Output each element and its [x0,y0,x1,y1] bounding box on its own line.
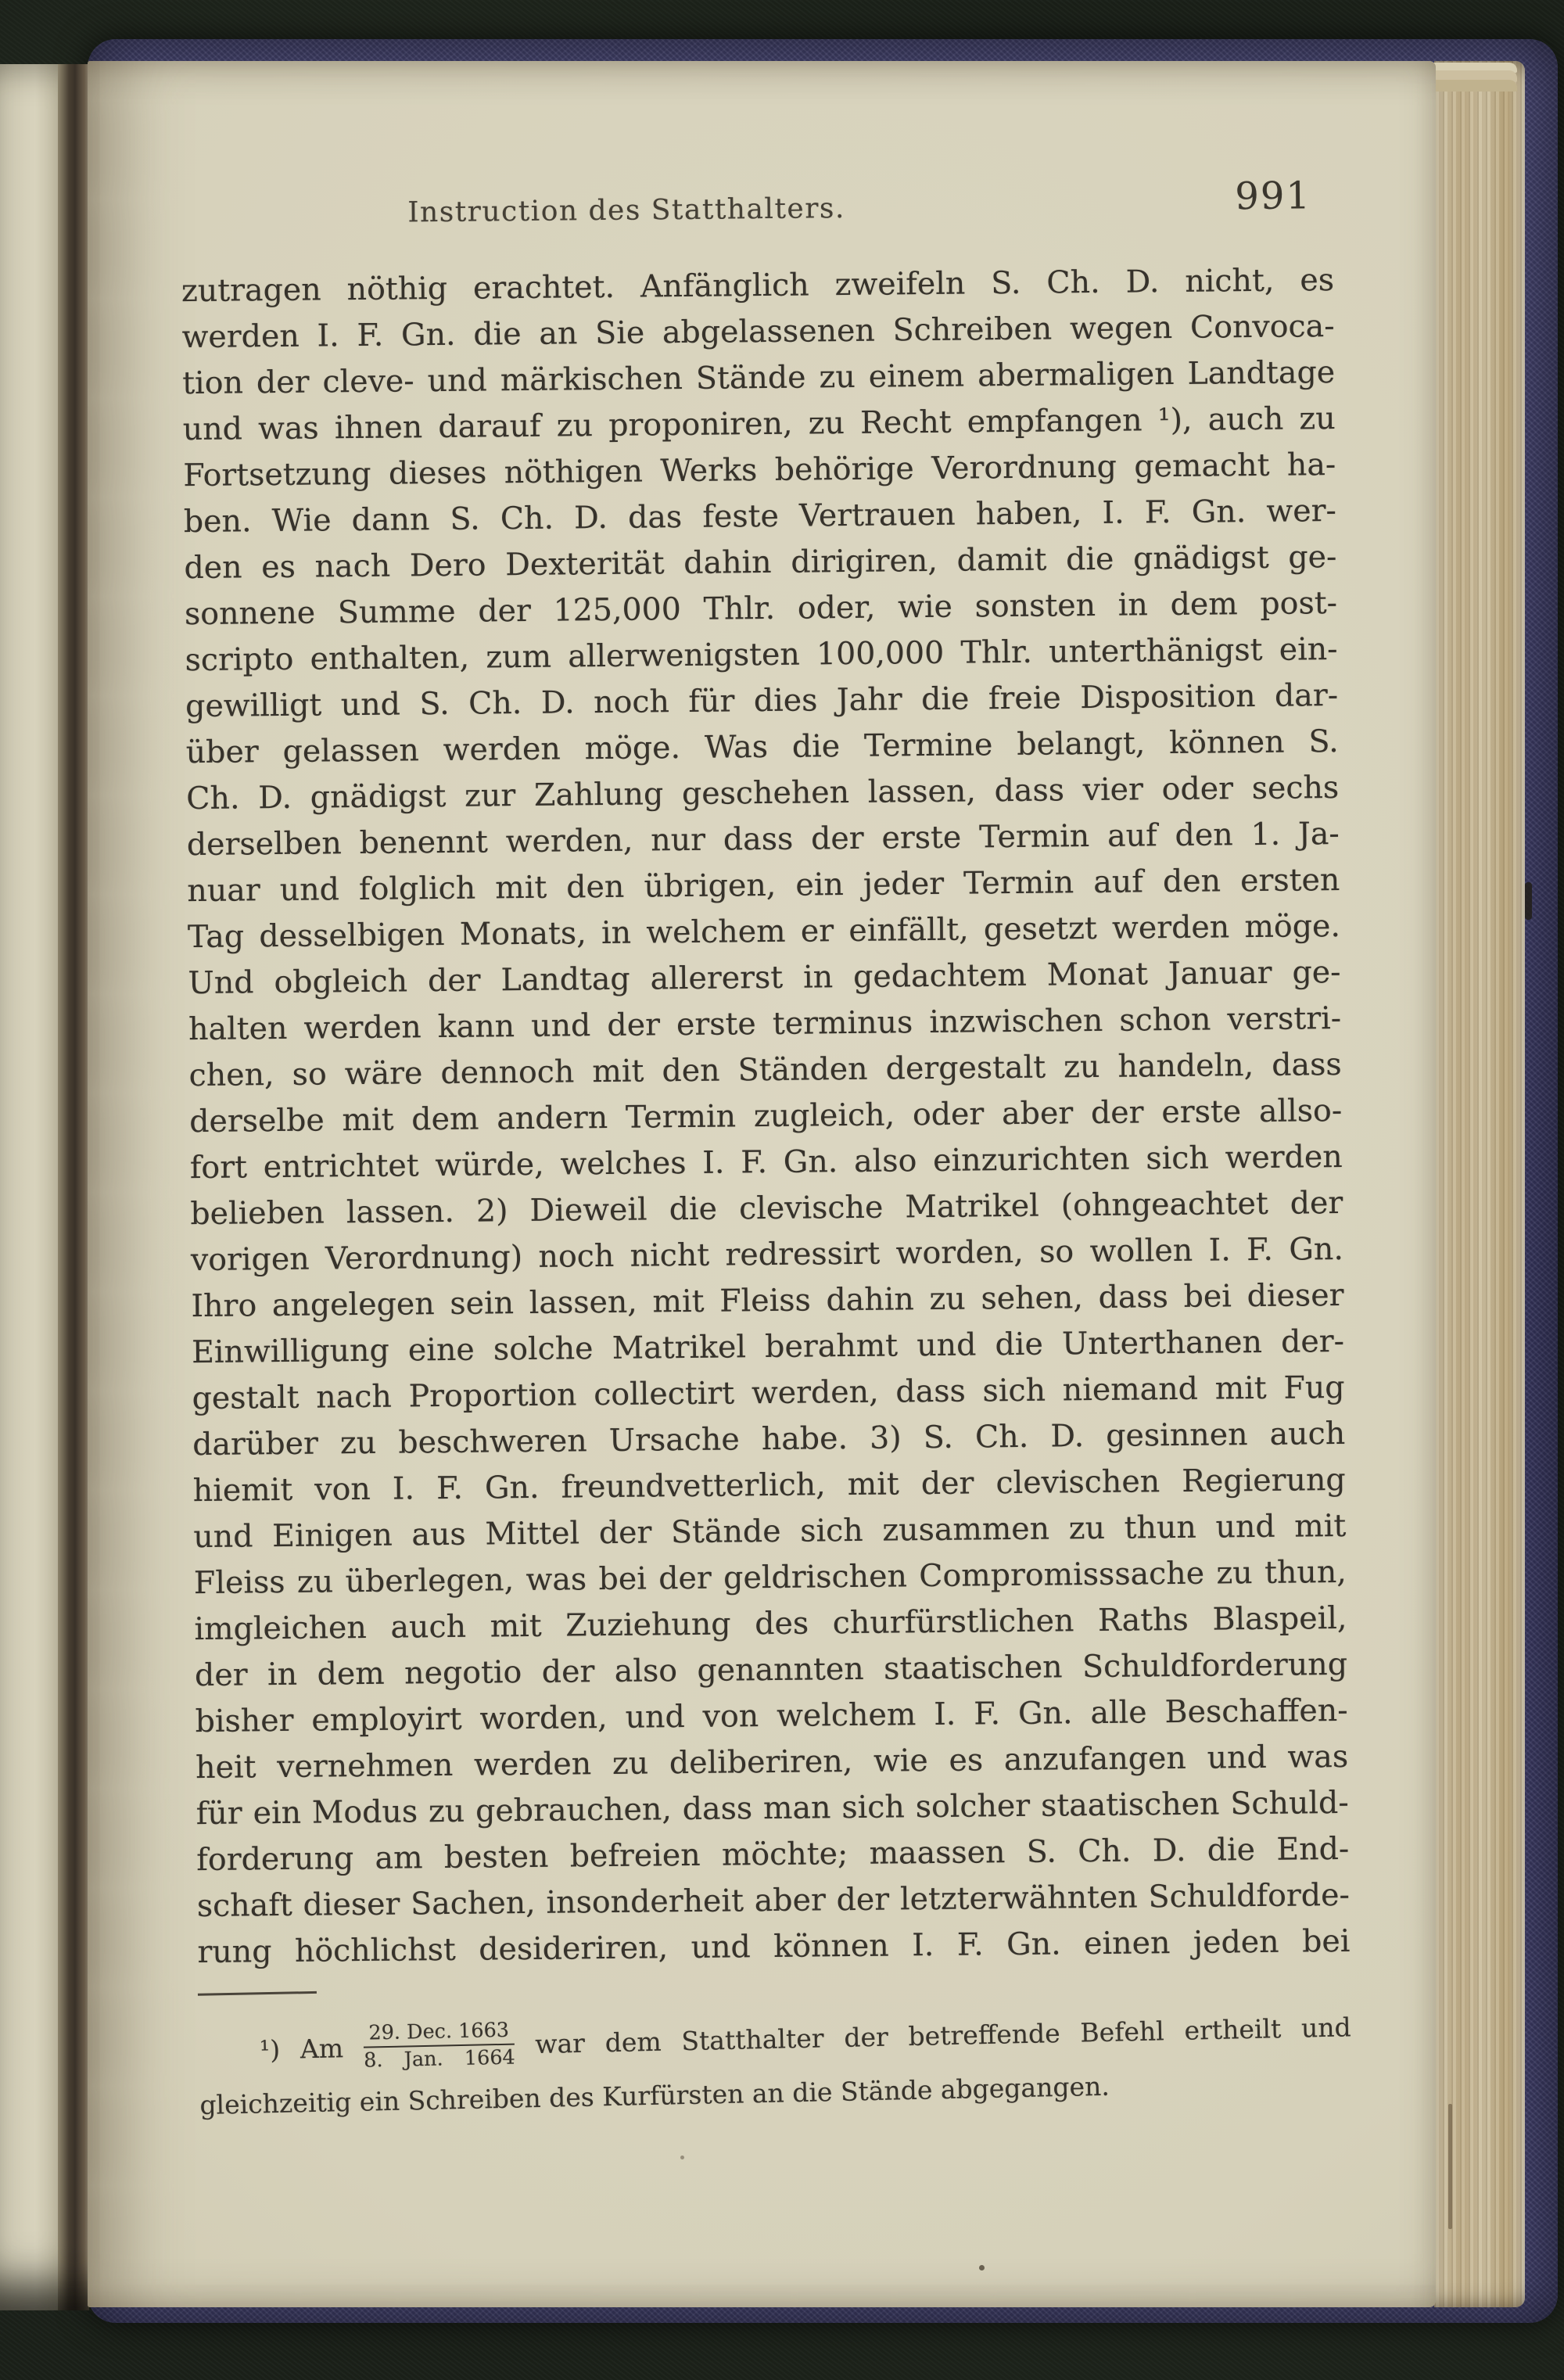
footnote-text: war dem Statthalter der betreffende Befe… [535,2012,1351,2059]
footnote-line-1: ¹) Am 29. Dec. 16638. Jan. 1664 war dem … [259,2003,1351,2077]
book-page: Instruction des Statthalters. 991 zutrag… [88,61,1436,2307]
gutter-shadow [58,64,89,2310]
running-title: Instruction des Statthalters. [407,192,845,228]
footnote: ¹) Am 29. Dec. 16638. Jan. 1664 war dem … [198,2003,1352,2120]
fraction-numerator: 29. Dec. 1663 [363,2019,515,2048]
page-header: Instruction des Statthalters. 991 [181,183,1334,244]
fraction-denominator: 8. Jan. 1664 [364,2045,515,2073]
page-content: Instruction des Statthalters. 991 zutrag… [85,51,1455,2310]
scanned-book-photo: { "page": { "header": { "title": "Instru… [0,0,1564,2380]
page-number: 991 [1235,174,1311,218]
ink-speck [680,2156,684,2159]
stack-streak [1448,2104,1452,2229]
ink-speck [979,2265,985,2271]
edge-mark [1525,882,1532,920]
body-text: zutragen nöthig erachtet. Anfänglich zwe… [181,257,1351,1976]
footnote-marker: ¹) Am [260,2033,344,2065]
facing-page-edge [0,64,59,2310]
footnote-separator [198,1991,317,1996]
date-fraction: 29. Dec. 16638. Jan. 1664 [363,2019,515,2073]
